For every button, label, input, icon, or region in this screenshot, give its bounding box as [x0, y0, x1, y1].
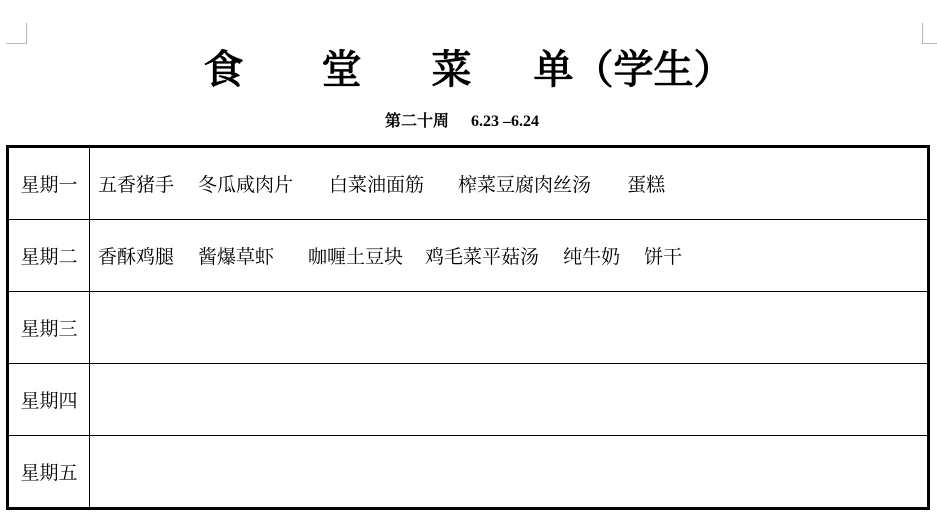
- table-row: 星期二 香酥鸡腿酱爆草虾咖喱土豆块鸡毛菜平菇汤纯牛奶饼干: [8, 220, 929, 292]
- menu-item: 酱爆草虾: [198, 242, 274, 269]
- menu-items-cell: [90, 436, 929, 509]
- menu-item: 咖喱土豆块: [308, 242, 403, 269]
- menu-item: 白菜油面筋: [329, 170, 424, 197]
- day-label: 星期二: [8, 220, 90, 292]
- menu-item: 饼干: [644, 242, 682, 269]
- menu-item: 鸡毛菜平菇汤: [425, 242, 539, 269]
- menu-item: 纯牛奶: [563, 242, 620, 269]
- day-label: 星期三: [8, 292, 90, 364]
- menu-item: 榨菜豆腐肉丝汤: [458, 170, 591, 197]
- menu-items-cell: [90, 292, 929, 364]
- table-row: 星期三: [8, 292, 929, 364]
- menu-item: 香酥鸡腿: [98, 242, 174, 269]
- menu-items-cell: [90, 364, 929, 436]
- table-row: 星期五: [8, 436, 929, 509]
- menu-item: 蛋糕: [627, 170, 665, 197]
- table-row: 星期一 五香猪手冬瓜咸肉片白菜油面筋榨菜豆腐肉丝汤蛋糕: [8, 147, 929, 220]
- menu-item: 五香猪手: [98, 170, 174, 197]
- date-range: 6.23 –6.24: [471, 113, 539, 130]
- page-corner-mark-left: [6, 23, 27, 44]
- title-char: 菜: [432, 42, 472, 98]
- menu-table: 星期一 五香猪手冬瓜咸肉片白菜油面筋榨菜豆腐肉丝汤蛋糕 星期二 香酥鸡腿酱爆草虾…: [6, 145, 930, 510]
- day-label: 星期五: [8, 436, 90, 509]
- day-label: 星期四: [8, 364, 90, 436]
- menu-items-cell: 五香猪手冬瓜咸肉片白菜油面筋榨菜豆腐肉丝汤蛋糕: [90, 147, 929, 220]
- title-char: 食: [204, 42, 244, 98]
- title-char: 单（学生）: [534, 42, 734, 98]
- week-label: 第二十周: [385, 111, 449, 130]
- page-title: 食堂菜单（学生）: [0, 42, 937, 98]
- menu-item: 冬瓜咸肉片: [198, 170, 293, 197]
- title-char: 堂: [322, 42, 362, 98]
- day-label: 星期一: [8, 147, 90, 220]
- menu-items-cell: 香酥鸡腿酱爆草虾咖喱土豆块鸡毛菜平菇汤纯牛奶饼干: [90, 220, 929, 292]
- week-subtitle: 第二十周6.23 –6.24: [385, 110, 539, 133]
- page-corner-mark-right: [922, 23, 937, 44]
- table-row: 星期四: [8, 364, 929, 436]
